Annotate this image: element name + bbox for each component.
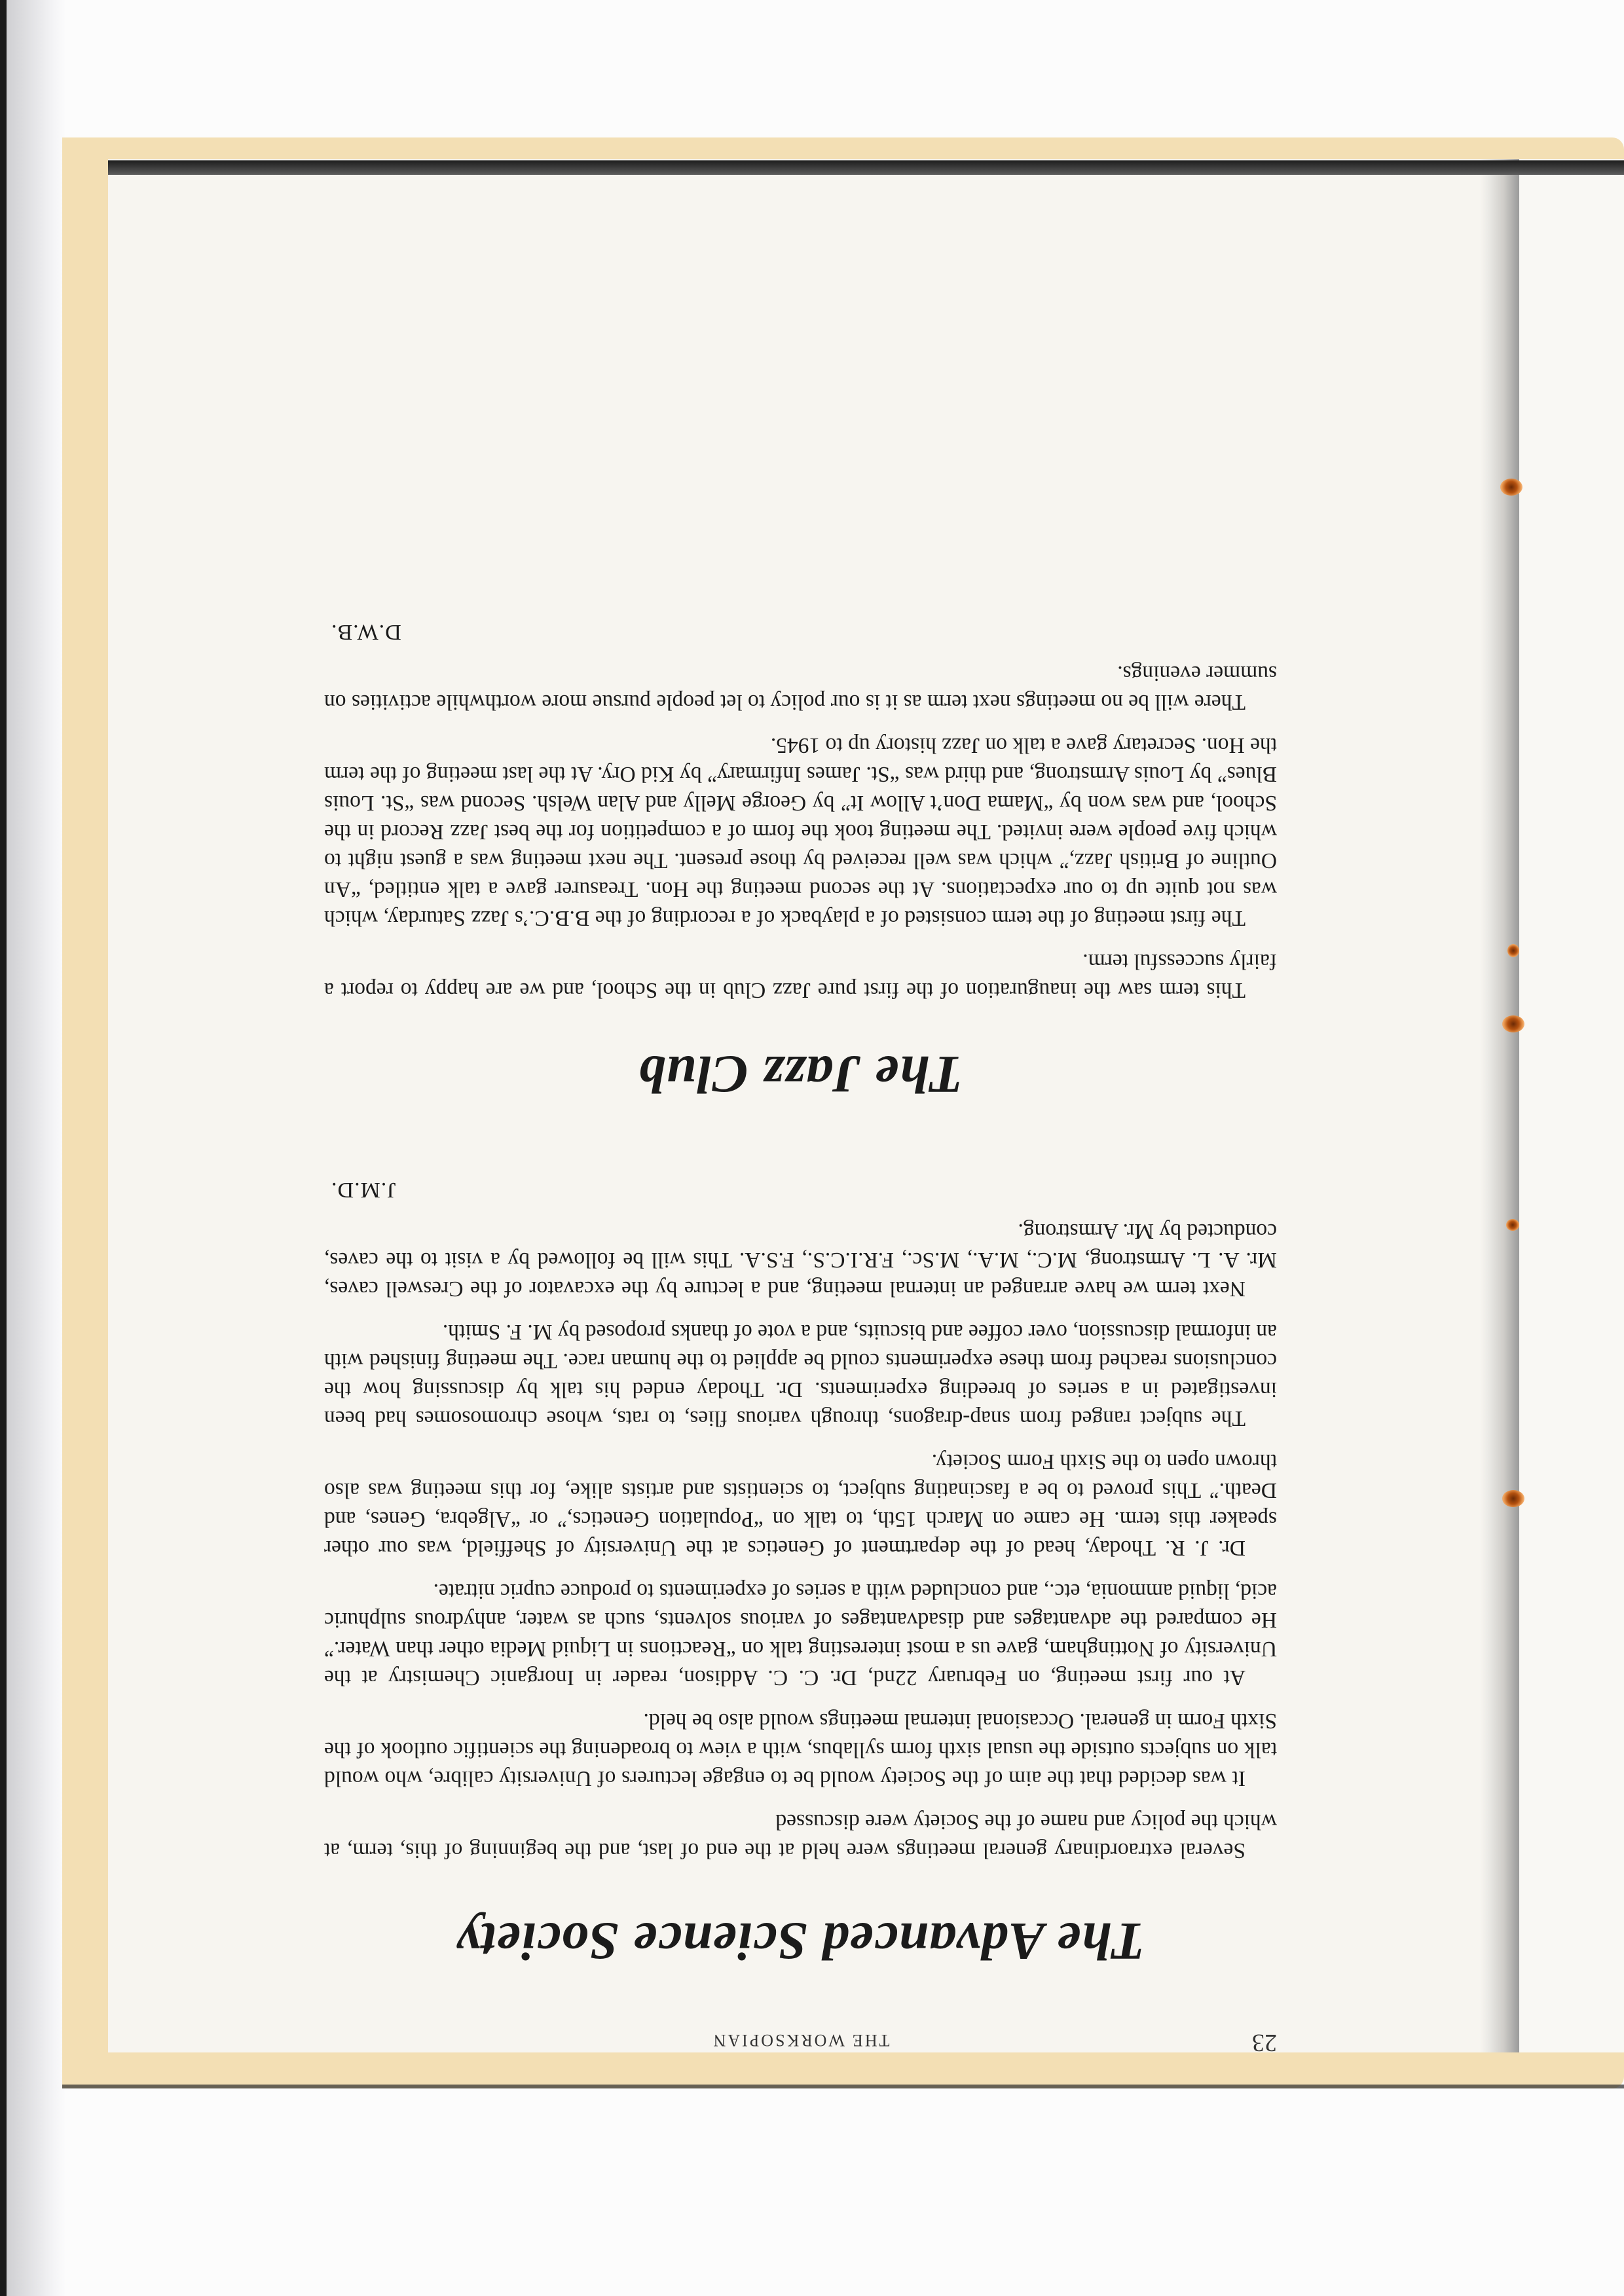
page-number: 23 bbox=[1252, 2028, 1277, 2057]
section-title-jazz-club: The Jazz Club bbox=[324, 1044, 1277, 1105]
paragraph: The subject ranged from snap-dragons, th… bbox=[324, 1317, 1277, 1432]
scanner-edge-shadow bbox=[7, 0, 65, 2296]
rust-spot bbox=[1502, 1490, 1524, 1507]
rust-spot bbox=[1500, 479, 1522, 496]
paragraph: Dr. J. R. Thoday, head of the department… bbox=[324, 1447, 1277, 1562]
paragraph: The first meeting of the term consisted … bbox=[324, 731, 1277, 932]
author-signature: D.W.B. bbox=[331, 619, 1277, 644]
cover-shadow bbox=[62, 2085, 1624, 2088]
page-content: 23 THE WORKSOPIAN 23 The Advanced Scienc… bbox=[324, 619, 1277, 2057]
rust-spot bbox=[1507, 944, 1519, 957]
paragraph: Several extraordinary general meetings w… bbox=[324, 1807, 1277, 1865]
binding-gutter bbox=[1480, 159, 1519, 2052]
paragraph: It was decided that the aim of the Socie… bbox=[324, 1706, 1277, 1793]
rust-spot bbox=[1506, 1219, 1519, 1231]
paragraph: At our first meeting, on February 22nd, … bbox=[324, 1576, 1277, 1692]
rust-spot bbox=[1502, 1015, 1524, 1032]
paragraph: There will be no meetings next term as i… bbox=[324, 659, 1277, 716]
scanner-edge bbox=[0, 0, 7, 2296]
paragraph: Next term we have arranged an internal m… bbox=[324, 1216, 1277, 1303]
author-signature: J.M.D. bbox=[331, 1177, 1277, 1202]
publication-title: THE WORKSOPIAN bbox=[349, 2030, 1252, 2050]
paragraph: This term saw the inauguration of the fi… bbox=[324, 947, 1277, 1004]
section-title-science-society: The Advanced Science Society bbox=[324, 1910, 1277, 1972]
facing-page-edge bbox=[1506, 159, 1624, 2052]
page-bottom-shadow bbox=[108, 160, 1624, 175]
running-header: 23 THE WORKSOPIAN 23 bbox=[324, 2031, 1277, 2057]
scanned-page: 23 THE WORKSOPIAN 23 The Advanced Scienc… bbox=[0, 0, 1624, 2296]
